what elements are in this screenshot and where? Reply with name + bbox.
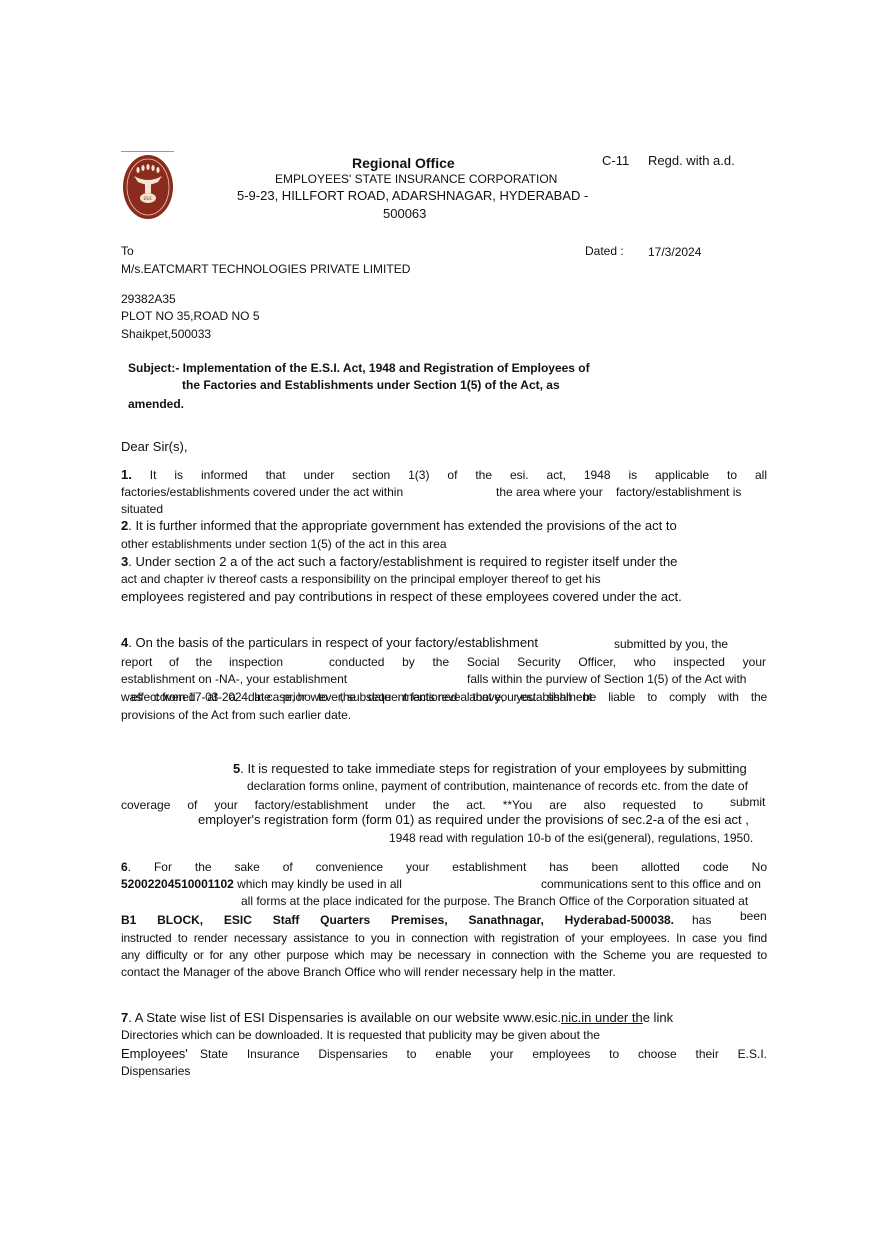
para-4-line-4-layer-2: was covered at a date prior to the date … <box>121 690 767 704</box>
recipient-code: 29382A35 <box>121 292 176 306</box>
establishment-code: 52002204510001102 <box>121 877 234 891</box>
branch-office-address: B1 BLOCK, ESIC Staff Quarters Premises, … <box>121 913 674 927</box>
para-6-line-4b: been <box>740 909 767 923</box>
logo-rule <box>121 151 174 152</box>
para-6-number: 6 <box>121 860 128 874</box>
subject-line-3: amended. <box>128 397 184 411</box>
para-5-line-1: 5. It is requested to take immediate ste… <box>233 761 747 776</box>
para-5-line-2: declaration forms online, payment of con… <box>247 779 748 793</box>
svg-text:ESIC: ESIC <box>143 196 152 201</box>
para-1-line-1: 1. It is informed that under section 1(3… <box>121 467 767 482</box>
form-code: C-11 <box>602 153 629 168</box>
para-6-line-3: all forms at the place indicated for the… <box>241 894 748 908</box>
para-2-line-1: 2. It is further informed that the appro… <box>121 518 677 533</box>
para-3-line-2: act and chapter iv thereof casts a respo… <box>121 572 601 586</box>
delivery-mode: Regd. with a.d. <box>648 153 735 168</box>
address-line-2: 500063 <box>383 206 426 221</box>
para-6-line-1: 6. For the sake of convenience your esta… <box>121 860 767 874</box>
office-title: Regional Office <box>352 155 455 171</box>
para-6-line-4a: has <box>692 913 711 927</box>
para-1-number: 1. <box>121 467 132 482</box>
para-4-line-1a: 4. On the basis of the particulars in re… <box>121 635 538 650</box>
para-6-line-7: contact the Manager of the above Branch … <box>121 965 616 979</box>
para-7-line-4: Dispensaries <box>121 1064 190 1078</box>
para-3-line-1: 3. Under section 2 a of the act such a f… <box>121 554 677 569</box>
para-4-line-3b: falls within the purview of Section 1(5)… <box>467 672 746 686</box>
para-7-line-3b: State Insurance Dispensaries to enable y… <box>200 1047 767 1061</box>
para-4-line-1b: submitted by you, the <box>614 637 728 651</box>
address-line-1: 5-9-23, HILLFORT ROAD, ADARSHNAGAR, HYDE… <box>237 188 588 203</box>
recipient-address-2: Shaikpet,500033 <box>121 327 211 341</box>
para-4-line-4-overlapping: effect from 17-03-2024. In case, however… <box>121 690 767 706</box>
recipient-address-1: PLOT NO 35,ROAD NO 5 <box>121 309 260 323</box>
para-5-line-3a: coverage of your factory/establishment u… <box>121 798 703 812</box>
org-name: EMPLOYEES' STATE INSURANCE CORPORATION <box>275 172 557 186</box>
para-1-line-3: situated <box>121 502 163 516</box>
esic-emblem-icon: ESIC <box>122 154 174 220</box>
para-6-line-2a: 52002204510001102 which may kindly be us… <box>121 877 402 891</box>
subject-line-2: the Factories and Establishments under S… <box>182 378 560 392</box>
dated-value: 17/3/2024 <box>648 245 701 259</box>
para-6-line-6: any difficulty or for any other purpose … <box>121 948 767 962</box>
para-1-line-2c: factory/establishment is <box>616 485 741 499</box>
para-4-line-2b: conducted by the Social Security Officer… <box>329 655 766 669</box>
para-3-line-3: employees registered and pay contributio… <box>121 589 682 604</box>
dated-label: Dated : <box>585 244 624 258</box>
para-1-line-2b: the area where your <box>496 485 603 499</box>
para-5-line-4: employer's registration form (form 01) a… <box>198 812 749 827</box>
para-6-line-2b: communications sent to this office and o… <box>541 877 761 891</box>
para-1-line-2a: factories/establishments covered under t… <box>121 485 403 499</box>
para-7-line-3a: Employees' <box>121 1046 188 1061</box>
to-label: To <box>121 244 134 258</box>
para-4-line-5: provisions of the Act from such earlier … <box>121 708 351 722</box>
para-7-line-2: Directories which can be downloaded. It … <box>121 1028 600 1042</box>
subject-line-1: Subject:- Implementation of the E.S.I. A… <box>128 361 590 375</box>
para-4-line-2a: report of the inspection <box>121 655 283 669</box>
para-4-line-3a: establishment on -NA-, your establishmen… <box>121 672 347 686</box>
para-6-line-5: instructed to render necessary assistanc… <box>121 931 767 945</box>
para-5-line-5: 1948 read with regulation 10-b of the es… <box>389 831 753 845</box>
recipient-name: M/s.EATCMART TECHNOLOGIES PRIVATE LIMITE… <box>121 262 410 276</box>
salutation: Dear Sir(s), <box>121 439 187 454</box>
website-link[interactable]: nic.in under th <box>561 1010 643 1025</box>
para-7-line-1: 7. A State wise list of ESI Dispensaries… <box>121 1010 673 1025</box>
para-2-line-2: other establishments under section 1(5) … <box>121 537 447 551</box>
para-5-line-3b: submit <box>730 795 765 809</box>
